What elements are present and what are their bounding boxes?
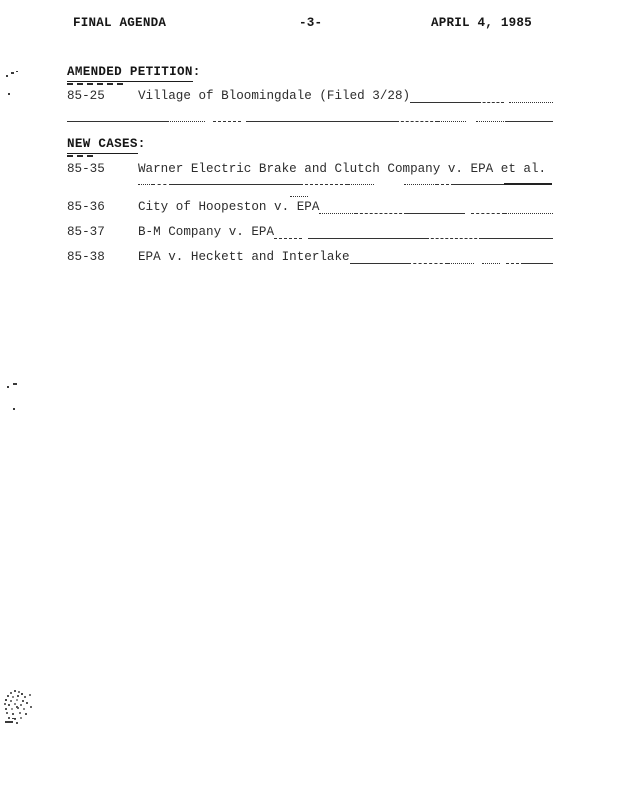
docket-row-85-25: 85-25 Village of Bloomingdale (Filed 3/2… [67, 88, 553, 103]
docket-number: 85-37 [67, 225, 138, 239]
scan-speck [16, 71, 18, 72]
fill-in-line [274, 224, 553, 239]
case-title: Village of Bloomingdale (Filed 3/28) [138, 89, 410, 103]
scan-speck [5, 721, 13, 723]
fill-in-line [138, 177, 552, 185]
scanned-agenda-page: FINAL AGENDA -3- APRIL 4, 1985 AMENDED P… [0, 0, 618, 800]
scan-artifact [184, 188, 188, 196]
scan-speck [12, 718, 16, 719]
scan-speck [6, 75, 8, 77]
docket-row-85-36: 85-36 City of Hoopeston v. EPA [67, 199, 553, 214]
section-heading-label: AMENDED PETITION [67, 65, 193, 82]
scan-artifact [290, 189, 308, 197]
continuation-fill-in-line [67, 114, 553, 122]
fill-in-line [350, 249, 553, 264]
docket-row-85-35: 85-35 Warner Electric Brake and Clutch C… [67, 161, 553, 176]
docket-row-85-38: 85-38 EPA v. Heckett and Interlake [67, 249, 553, 264]
docket-row-85-37: 85-37 B-M Company v. EPA [67, 224, 553, 239]
document-date: APRIL 4, 1985 [431, 16, 532, 30]
section-heading-amended-petition: AMENDED PETITION: [67, 65, 200, 79]
scan-speck [11, 72, 14, 74]
case-title: Warner Electric Brake and Clutch Company… [138, 162, 546, 176]
document-title: FINAL AGENDA [73, 16, 166, 30]
docket-number: 85-36 [67, 200, 138, 214]
scan-smudge-blob [16, 706, 18, 708]
scan-speck [13, 408, 15, 410]
section-heading-colon: : [193, 65, 201, 79]
double-strike-underline [67, 155, 93, 157]
section-heading-new-cases: NEW CASES: [67, 137, 145, 151]
fill-in-line [410, 88, 553, 103]
docket-number: 85-35 [67, 162, 138, 176]
section-heading-label: NEW CASES [67, 137, 138, 154]
case-title: B-M Company v. EPA [138, 225, 274, 239]
case-title: EPA v. Heckett and Interlake [138, 250, 350, 264]
scan-speck [7, 386, 9, 388]
fill-in-line [319, 199, 553, 214]
docket-number: 85-38 [67, 250, 138, 264]
section-heading-colon: : [138, 137, 146, 151]
double-strike-underline [67, 83, 123, 85]
page-number: -3- [299, 16, 322, 30]
case-title: City of Hoopeston v. EPA [138, 200, 319, 214]
scan-speck [8, 93, 10, 95]
scan-speck [13, 383, 17, 385]
docket-number: 85-25 [67, 89, 138, 103]
